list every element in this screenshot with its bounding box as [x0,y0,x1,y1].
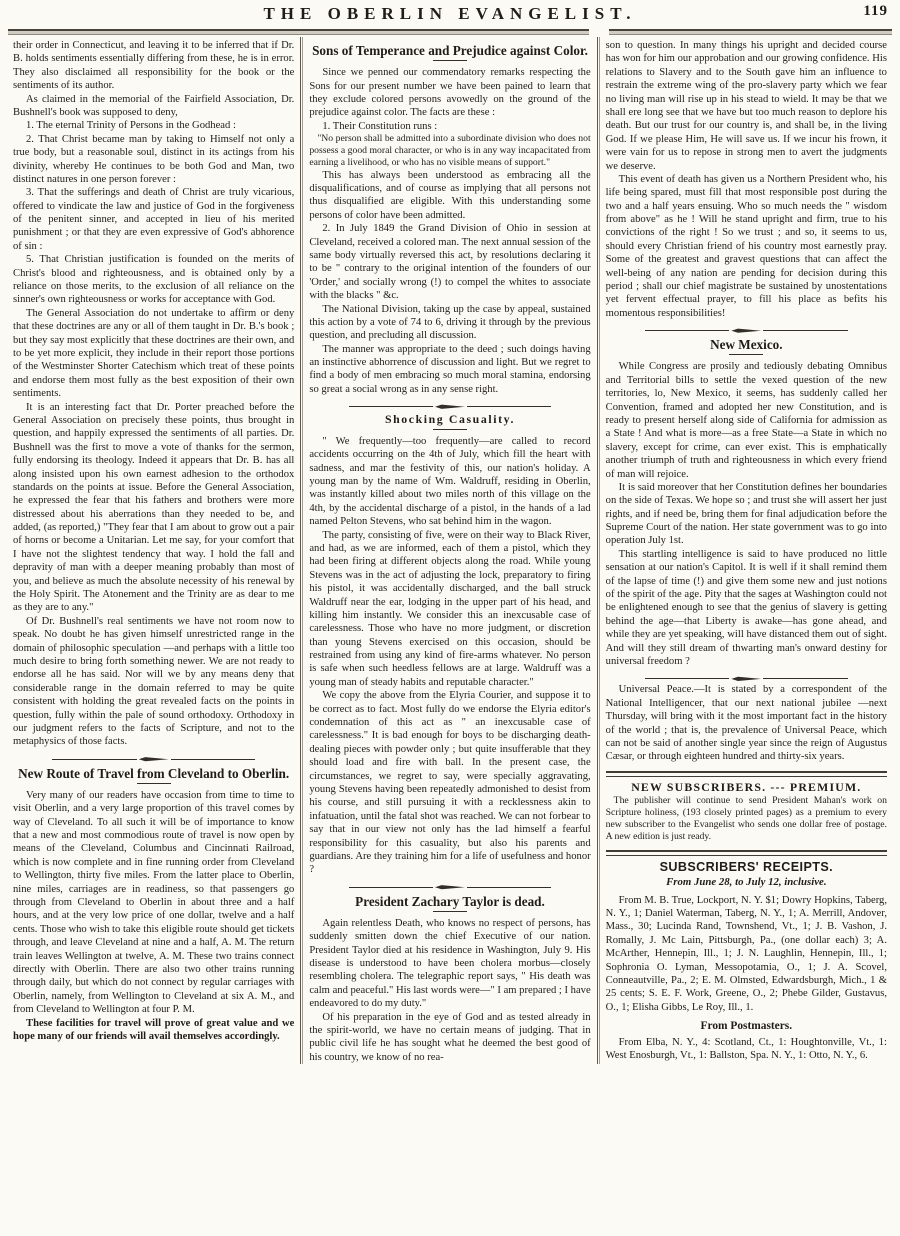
column-3: son to question. In many things his upri… [601,37,892,1064]
article-heading: Shocking Casuality. [309,413,590,427]
diamond-ornament-icon [435,404,465,409]
paragraph: This startling intelligence is said to h… [606,548,887,669]
postmasters-list: From Elba, N. Y., 4: Scotland, Ct., 1: H… [606,1036,887,1063]
article-shocking-casuality: Shocking Casuality. " We frequently—too … [309,413,590,876]
divider-line [763,678,847,679]
masthead-rule [8,29,892,35]
divider-line [467,406,551,407]
article-taylor-continued: son to question. In many things his upri… [606,39,887,320]
article-heading: New Route of Travel from Cleveland to Ob… [13,766,294,781]
paragraph: 1. Their Constitution runs : [309,120,590,133]
rule-segment-right [609,29,892,35]
paragraph: Of his preparation in the eye of God and… [309,1011,590,1065]
diamond-ornament-icon [731,328,761,333]
paragraph: As claimed in the memorial of the Fairfi… [13,93,294,120]
heading-rule [433,429,467,430]
diamond-ornament-icon [731,676,761,681]
page-title: THE OBERLIN EVANGELIST. [263,4,636,24]
article-taylor-dead: President Zachary Taylor is dead. Again … [309,894,590,1064]
notice-heading: NEW SUBSCRIBERS. --- PREMIUM. [606,781,887,795]
section-divider-ornament [52,757,255,762]
divider-line [645,330,729,331]
receipts-date-range: From June 28, to July 12, inclusive. [606,876,887,890]
paragraph: We copy the above from the Elyria Courie… [309,689,590,876]
constitution-quote: "No person shall be admitted into a subo… [309,133,590,168]
columns: their order in Connecticut, and leaving … [8,37,892,1064]
paragraph: Of Dr. Bushnell's real sentiments we hav… [13,615,294,749]
newspaper-page: THE OBERLIN EVANGELIST. 119 their order … [0,0,900,1236]
paragraph: 2. In July 1849 the Grand Division of Oh… [309,222,590,302]
receipts-list: From M. B. True, Lockport, N. Y. $1; Dow… [606,894,887,1015]
paragraph: their order in Connecticut, and leaving … [13,39,294,93]
paragraph: 3. That the sufferings and death of Chri… [13,186,294,253]
paragraph: The manner was appropriate to the deed ;… [309,343,590,397]
column-2: Sons of Temperance and Prejudice against… [304,37,595,1064]
paragraph: 1. The eternal Trinity of Persons in the… [13,119,294,132]
paragraph: The party, consisting of five, were on t… [309,529,590,690]
paragraph: It is an interesting fact that Dr. Porte… [13,401,294,615]
notice-new-subscribers-premium: NEW SUBSCRIBERS. --- PREMIUM. The publis… [606,781,887,843]
masthead: THE OBERLIN EVANGELIST. 119 [8,2,892,26]
paragraph: The General Association do not undertake… [13,307,294,401]
divider-line [763,330,847,331]
article-new-mexico: New Mexico. While Congress are prosily a… [606,337,887,668]
column-separator [300,37,303,1064]
paragraph: The publisher will continue to send Pres… [606,795,887,842]
page-number: 119 [863,3,888,20]
rule-segment-left [8,29,589,35]
paragraph: It is said moreover that her Constitutio… [606,481,887,548]
paragraph: 5. That Christian justification is found… [13,253,294,307]
paragraph: This has always been understood as embra… [309,169,590,223]
section-divider-ornament [349,404,552,409]
diamond-ornament-icon [435,885,465,890]
paragraph: Universal Peace.—It is stated by a corre… [606,683,887,763]
heading-rule [433,911,467,912]
section-heading: From Postmasters. [606,1019,887,1033]
divider-line [645,678,729,679]
diamond-ornament-icon [139,757,169,762]
divider-line [349,406,433,407]
paragraph: Very many of our readers have occasion f… [13,789,294,1017]
article-heading: New Mexico. [606,337,887,352]
article-heading: President Zachary Taylor is dead. [309,894,590,909]
heading-rule [433,60,467,61]
divider-line [467,887,551,888]
column-1: their order in Connecticut, and leaving … [8,37,299,1064]
paragraph: 2. That Christ became man by taking to H… [13,133,294,187]
double-rule [606,850,887,856]
section-from-postmasters: From Postmasters. From Elba, N. Y., 4: S… [606,1019,887,1062]
heading-rule [137,783,171,784]
double-rule [606,771,887,777]
article-heading: Sons of Temperance and Prejudice against… [309,43,590,58]
paragraph: This event of death has given us a North… [606,173,887,320]
heading-rule [729,354,763,355]
section-subscribers-receipts: SUBSCRIBERS' RECEIPTS. From June 28, to … [606,860,887,1015]
section-heading: SUBSCRIBERS' RECEIPTS. [606,860,887,874]
section-divider-ornament [645,328,848,333]
divider-line [349,887,433,888]
paragraph: These facilities for travel will prove o… [13,1017,294,1044]
article-new-route: New Route of Travel from Cleveland to Ob… [13,766,294,1044]
column-separator [597,37,600,1064]
paragraph: " We frequently—too frequently—are calle… [309,435,590,529]
divider-line [171,759,255,760]
section-divider-ornament [349,885,552,890]
article-sons-of-temperance: Sons of Temperance and Prejudice against… [309,43,590,396]
section-divider-ornament [645,676,848,681]
paragraph: son to question. In many things his upri… [606,39,887,173]
paragraph: Again relentless Death, who knows no res… [309,917,590,1011]
paragraph: While Congress are prosily and tediously… [606,360,887,481]
paragraph: Since we penned our commendatory remarks… [309,66,590,120]
article-bushnell-continued: their order in Connecticut, and leaving … [13,39,294,749]
note-universal-peace: Universal Peace.—It is stated by a corre… [606,683,887,763]
divider-line [52,759,136,760]
paragraph: The National Division, taking up the cas… [309,303,590,343]
